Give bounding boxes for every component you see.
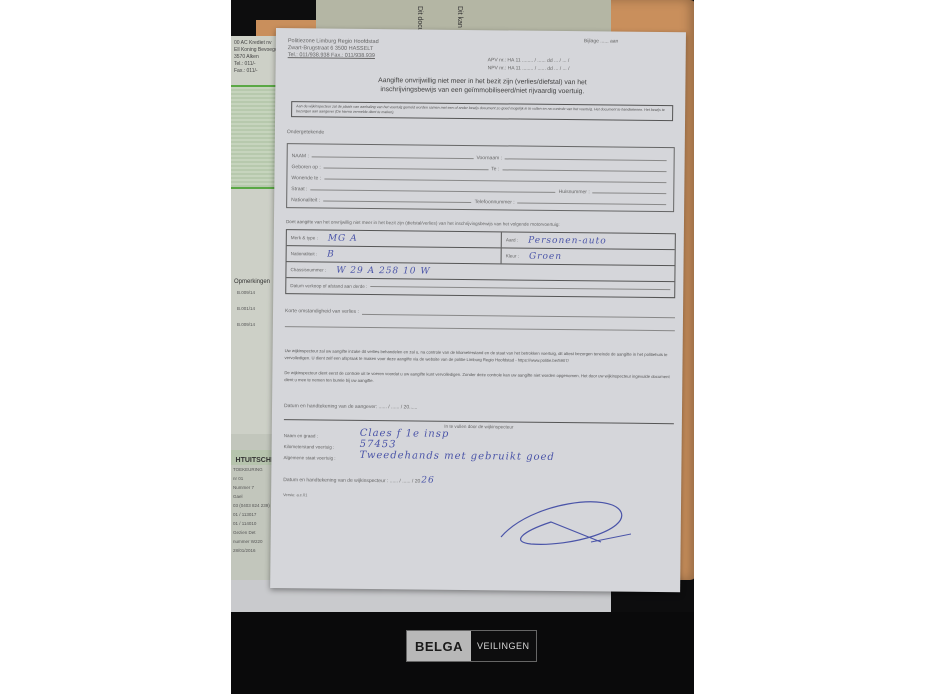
merk-type-value[interactable]: MG A [328, 233, 358, 243]
form-title: Aangifte onvrijwillig niet meer in het b… [287, 75, 677, 97]
ondergetekende-label: Ondergetekende [287, 129, 677, 139]
circumstances-row: Korte omstandigheid van verlies : [285, 308, 675, 318]
notice-box: Aan de wijkinspecteur zal de plaats van … [291, 101, 673, 121]
watermark-sub: VEILINGEN [471, 631, 536, 661]
telefoon-field[interactable] [518, 203, 667, 206]
nationaliteit-field[interactable] [323, 201, 472, 204]
datum-verkoop-field[interactable] [370, 286, 670, 290]
inspector-name-value[interactable]: Claes f 1e insp [360, 428, 450, 440]
signature-icon [491, 492, 631, 552]
vehicle-box: Merk & type :MG A Aard :Personen-auto Na… [285, 229, 676, 298]
divider [285, 326, 675, 331]
police-address: Politiezone Limburg Regio Hoofdstad Zwar… [288, 38, 678, 63]
instructions-paragraph-2: De wijkinspecteur dient eerst de control… [284, 369, 674, 387]
instructions-paragraph-1: Uw wijkinspecteur zal uw aangifte inzake… [285, 347, 675, 365]
certificate-text: Dit kan [456, 6, 463, 28]
huisnummer-field[interactable] [593, 192, 667, 194]
inspector-signature-line: Datum en handtekening van de wijkinspect… [283, 474, 673, 488]
watermark-brand: BELGA [407, 631, 471, 661]
bijlage: Bijlage ...... aan [584, 38, 619, 44]
declaration-text: Doet aangifte van het onvrijwillig niet … [286, 218, 676, 229]
nationaliteit-value[interactable]: B [327, 249, 335, 259]
aangever-signature-line: Datum en handtekening van de aangever: .… [284, 403, 674, 413]
circumstances-field[interactable] [362, 309, 675, 318]
document-photo: Dit docum Dit kan 00 AC Krediet nv Ell K… [231, 0, 694, 694]
staat-value[interactable]: Tweedehands met gebruikt goed [359, 450, 554, 463]
reference-numbers: APV nr.: HA 11 ........ / ...... dd ... … [488, 56, 570, 73]
inspector-year-value: 26 [421, 476, 435, 486]
form-content: Politiezone Limburg Regio Hoofdstad Zwar… [283, 38, 678, 501]
aard-value[interactable]: Personen-auto [528, 235, 607, 246]
belga-veilingen-watermark: BELGA VEILINGEN [406, 630, 537, 662]
chassis-value[interactable]: W 29 A 258 10 W [336, 265, 430, 276]
km-value[interactable]: 57453 [360, 439, 397, 450]
kleur-value[interactable]: Groen [529, 251, 562, 261]
identity-box: NAAM :Voornaam : Geboren op :Te : Wonend… [286, 143, 675, 212]
